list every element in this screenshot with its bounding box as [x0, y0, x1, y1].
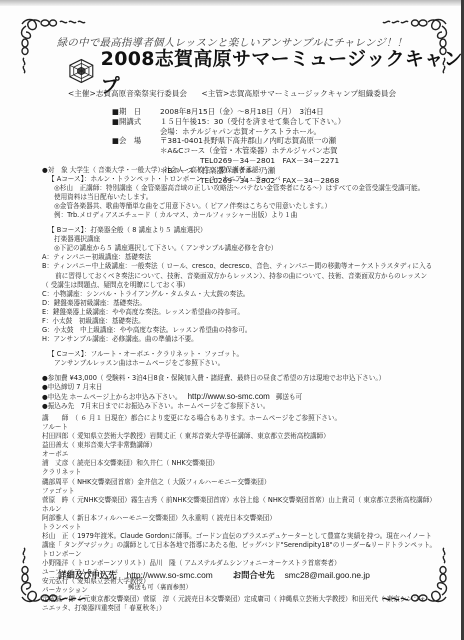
apply-suffix: 郵送も可 [276, 393, 302, 401]
course-b-item: E：鍵盤楽器上級講座：やや高度な奏法。レッスン希望曲の持参可。 [42, 308, 446, 317]
instructor-line: 菅原 眸（ 元NHK交響楽団）霧生吉秀（ 前NHK交響楽団首席）水谷上総（ NH… [42, 496, 446, 505]
scan-shadow [0, 0, 464, 6]
course-a-line: ◎杉山 正講師：特別講座（ 金管楽器高音域の正しい攻略法～バテない金管奏者になる… [42, 184, 446, 193]
course-b-item: （ 受講生は問題点、疑問点を明瞭にしておく事） [42, 281, 446, 290]
instrument-label: トロンボーン [42, 550, 446, 559]
instructor-line: 杉山 正（ 1979年渡米。Claude Gordonに師事。ゴードン直伝のブラ… [42, 532, 446, 541]
venue-ac: ＊A&Cコース（金管・木管楽器）ホテルジャパン志賀 [112, 146, 345, 156]
deadline-line: ●申込締切 7 月末日 [42, 383, 446, 392]
details-label: 詳細及び申込先 [58, 569, 117, 581]
mail-note: 郵送も可（裏面参照） [128, 582, 418, 591]
instructors-heading: 講 師 （ ６ 月１ 日現在）都合により変更になる場合もあります。ホームページを… [42, 414, 446, 423]
instructor-line: 益田善太（ 東邦音楽大学非常勤講師） [42, 441, 446, 450]
title-row: 2008志賀高原サマーミュージックキャンプ [68, 58, 464, 84]
organizers: <主催>志賀高原音楽祭実行委員会 <主管>志賀高原サマーミュージックキャンプ組織… [0, 88, 464, 99]
organizer-manager: <主管>志賀高原サマーミュージックキャンプ組織委員会 [201, 89, 396, 98]
payment-line: ●振込み先 7月末日までにお振込み下さい。ホームページをご参照下さい。 [42, 402, 446, 411]
course-b-item: 前に習得しておくべき奏法について、技術、音楽面双方からレッスン）、持参の曲につい… [42, 272, 446, 281]
period-value: 2008年8月15日（金）～8月18日（月） 3泊4日 [160, 107, 324, 117]
instrument-label: ホルン [42, 505, 446, 514]
course-c-note: アンサンブルレッスン曲はホームページをご参照下さい。 [42, 359, 446, 368]
instrument-label: ファゴット [42, 487, 446, 496]
organizer-host: <主催>志賀高原音楽祭実行委員会 [68, 89, 187, 98]
instructor-line: 村田四郎（ 愛知県立芸術大学教授）岩間丈正（ 東邦音楽大学専任講師、東京都立芸術… [42, 432, 446, 441]
apply-line: ●申込先 ホームページ上からお申込み下さい。http://www.so-smc.… [42, 392, 446, 402]
course-b-item: D：鍵盤楽器初級講座：基礎奏法。 [42, 299, 446, 308]
venue-ac-tel: TEL0269－34－2801 FAX－34－2271 [112, 156, 345, 166]
course-b-heading: 【 Bコース】：打楽器全般（ 8 講座より５ 講座選択） [42, 226, 446, 235]
opening-label: ■開講式 [112, 117, 160, 127]
venue-label: ■会 場 [112, 136, 160, 146]
course-b-item: F：小太鼓 初級講座：基礎奏法。 [42, 317, 446, 326]
course-b-item: H：アンサンブル講座：必修講座。曲の準備は不要。 [42, 335, 446, 344]
course-a-heading: 【 Aコース】：ホルン・トランペット・トロンボーン・ユーホニアム・テューバ [42, 175, 446, 184]
course-a-line: ◎金管各楽器共、歌曲等簡単な曲をご用意下さい。（ ピアノ伴奏はこちらで用意いたし… [42, 202, 446, 211]
course-b-item: G：小太鼓 中上級講座：やや高度な奏法。レッスン希望曲の持参可。 [42, 326, 446, 335]
instructor-line: ニエッタ、打楽器四重奏団「 春夏秋冬」） [42, 604, 446, 613]
instrument-label: トランペット [42, 523, 446, 532]
instructor-line: 浦 丈彦（ 読売日本交響楽団）和久井仁（ NHK交響楽団） [42, 459, 446, 468]
instructor-line: 小野隆洋（ トロンボーンソリスト）品川 隆（ アムステルダムシンフォニーオーケス… [42, 559, 446, 568]
instrument-label: クラリネット [42, 468, 446, 477]
instrument-label: フルート [42, 423, 446, 432]
target-line: ●対 象 大学生（ 音楽大学・一般大学）社会人・高校生（ 要保護者承認） [42, 166, 446, 175]
instructor-line: 磯部周平（ NHK交響楽団首席）金井信之（ 大阪フィルハーモニー交響楽団） [42, 478, 446, 487]
instructor-line: 講座「 タングマジック」の講師として日本各地で指導にあたる他、ビッグバンド"Se… [42, 541, 446, 550]
apply-prefix: ●申込先 ホームページ上からお申込み下さい。 [42, 393, 182, 401]
instructor-line: 定成誠一郎（ 元東京都交響楽団）菅原 淳（ 元読売日本交響楽団）定成庸司（ 沖縄… [42, 595, 446, 604]
period-label: ■期 日 [112, 107, 160, 117]
fee-line: ●参加費 ¥43,000（ 受験料・3泊4日8食・保険加入費・諸経費、最終日の昼… [42, 374, 446, 383]
snowflake-web-logo-icon [68, 58, 95, 84]
course-a-line: 例：Trb.メロディアスエチュード（ カルマス、カールフィッシャー出版）より１曲 [42, 211, 446, 220]
contact-email-link[interactable]: smc28@mail.goo.ne.jp [285, 570, 370, 580]
course-a-line: 使用資料は当日配布いたします。 [42, 193, 446, 202]
opening-place: 会場：ホテルジャパン志賀オーケストラホール。 [112, 127, 345, 137]
footer: 詳細及び申込先 http://www.so-smc.com お問合せ先 smc2… [58, 569, 418, 591]
main-body: ●対 象 大学生（ 音楽大学・一般大学）社会人・高校生（ 要保護者承認） 【 A… [42, 166, 446, 613]
venue-address: 〒381-0401長野県下高井郡山ノ内町志賀高原一の瀬 [160, 136, 336, 146]
course-b-item: C：小物講座：シンバル・トライアングル・タムタム・大太鼓の奏法。 [42, 290, 446, 299]
course-c-heading: 【 Cコース】：フルート・オーボエ・クラリネット・ ファゴット。 [42, 350, 446, 359]
course-b-item: B：ティンパニー中上級講座：一般奏法（ ロール、cresco、decresco、… [42, 262, 446, 271]
apply-url-link[interactable]: http://www.so-smc.com [188, 392, 270, 401]
contact-label: お問合せ先 [233, 569, 275, 581]
instructor-line: 阿部雅人（ 新日本フィルハーモニー交響楽団）久永重明（ 読売日本交響楽団） [42, 514, 446, 523]
opening-value: １５日午後15：30（受付を済ませて集合して下さい。） [160, 117, 345, 127]
details-url-link[interactable]: http://www.so-smc.com [127, 570, 213, 580]
flyer-page: 緑の中で最高指導者個人レッスンと楽しいアンサンブルにチャレンジ！！ 2008志賀… [0, 0, 464, 640]
